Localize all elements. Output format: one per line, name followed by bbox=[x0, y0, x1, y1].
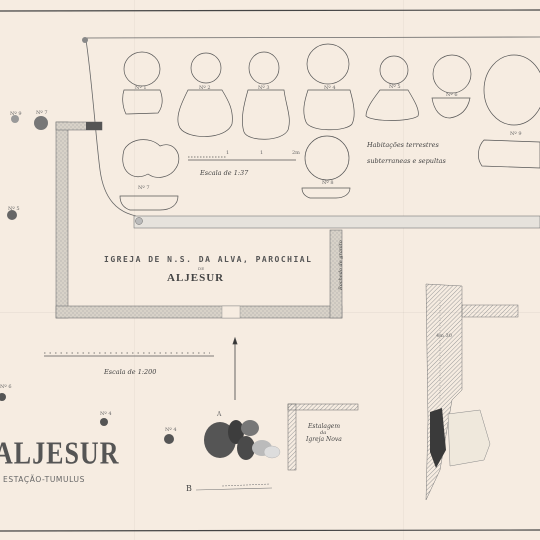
marker-label: Nº 7 bbox=[36, 110, 48, 116]
upper-scale-label: Escala de 1:37 bbox=[200, 169, 248, 177]
marker-label: Nº 5 bbox=[8, 206, 20, 212]
bottom-border bbox=[0, 530, 540, 531]
habitation-label: Nº 8 bbox=[322, 180, 334, 186]
upper-scale-bar bbox=[188, 157, 296, 160]
scale-tick: 1 bbox=[226, 150, 229, 156]
scale-tick: 1 bbox=[260, 150, 263, 156]
marker-label: Nº 9 bbox=[10, 111, 22, 117]
north-arrow bbox=[233, 338, 237, 400]
church-title: IGREJA DE N.S. DA ALVA, PAROCHIAL bbox=[104, 255, 312, 264]
caption-line-2: subterraneas e sepultas bbox=[367, 157, 446, 165]
habitation-label: Nº 2 bbox=[199, 85, 211, 91]
markers bbox=[0, 115, 174, 444]
plate-title: ALJESUR bbox=[0, 436, 119, 472]
marker-label: Nº 6 bbox=[0, 384, 12, 390]
rock-side-note: Rochedo de granito bbox=[338, 240, 344, 290]
upper-plan-frame bbox=[84, 37, 540, 216]
boulders bbox=[204, 420, 280, 460]
rock-measure: 4m 30 bbox=[436, 333, 452, 339]
rock-section bbox=[426, 284, 518, 500]
scale-tick: 2m bbox=[292, 150, 300, 156]
church-de: DE bbox=[198, 266, 204, 271]
habitation-label: Nº 3 bbox=[258, 85, 270, 91]
habitation-label: Nº 7 bbox=[138, 185, 150, 191]
corridor-wall bbox=[134, 216, 540, 228]
caption-line-1: Habitações terrestres bbox=[367, 141, 439, 149]
point-a-label: A bbox=[217, 411, 221, 418]
estalagem-label-3: Igreja Nova bbox=[306, 436, 342, 443]
lower-scale-bar bbox=[44, 353, 214, 356]
lower-scale-label: Escala de 1:200 bbox=[104, 368, 156, 376]
point-b-label: B bbox=[186, 484, 192, 493]
top-border bbox=[0, 10, 540, 11]
church-name: ALJESUR bbox=[167, 272, 224, 284]
plate-subtitle: ESTAÇÃO-TUMULUS bbox=[3, 475, 85, 484]
marker-label: Nº 4 bbox=[165, 427, 177, 433]
section-line-b bbox=[196, 484, 272, 490]
habitation-label: Nº 4 bbox=[324, 85, 336, 91]
habitation-label: Nº 5 bbox=[389, 84, 401, 90]
corner-marker bbox=[82, 37, 88, 43]
marker-label: Nº 4 bbox=[100, 411, 112, 417]
habitation-label: Nº 9 bbox=[510, 131, 522, 137]
habitation-label: Nº 6 bbox=[446, 92, 458, 98]
estalagem-label-1: Estalagem bbox=[308, 423, 340, 430]
habitation-label: Nº 1 bbox=[135, 85, 147, 91]
